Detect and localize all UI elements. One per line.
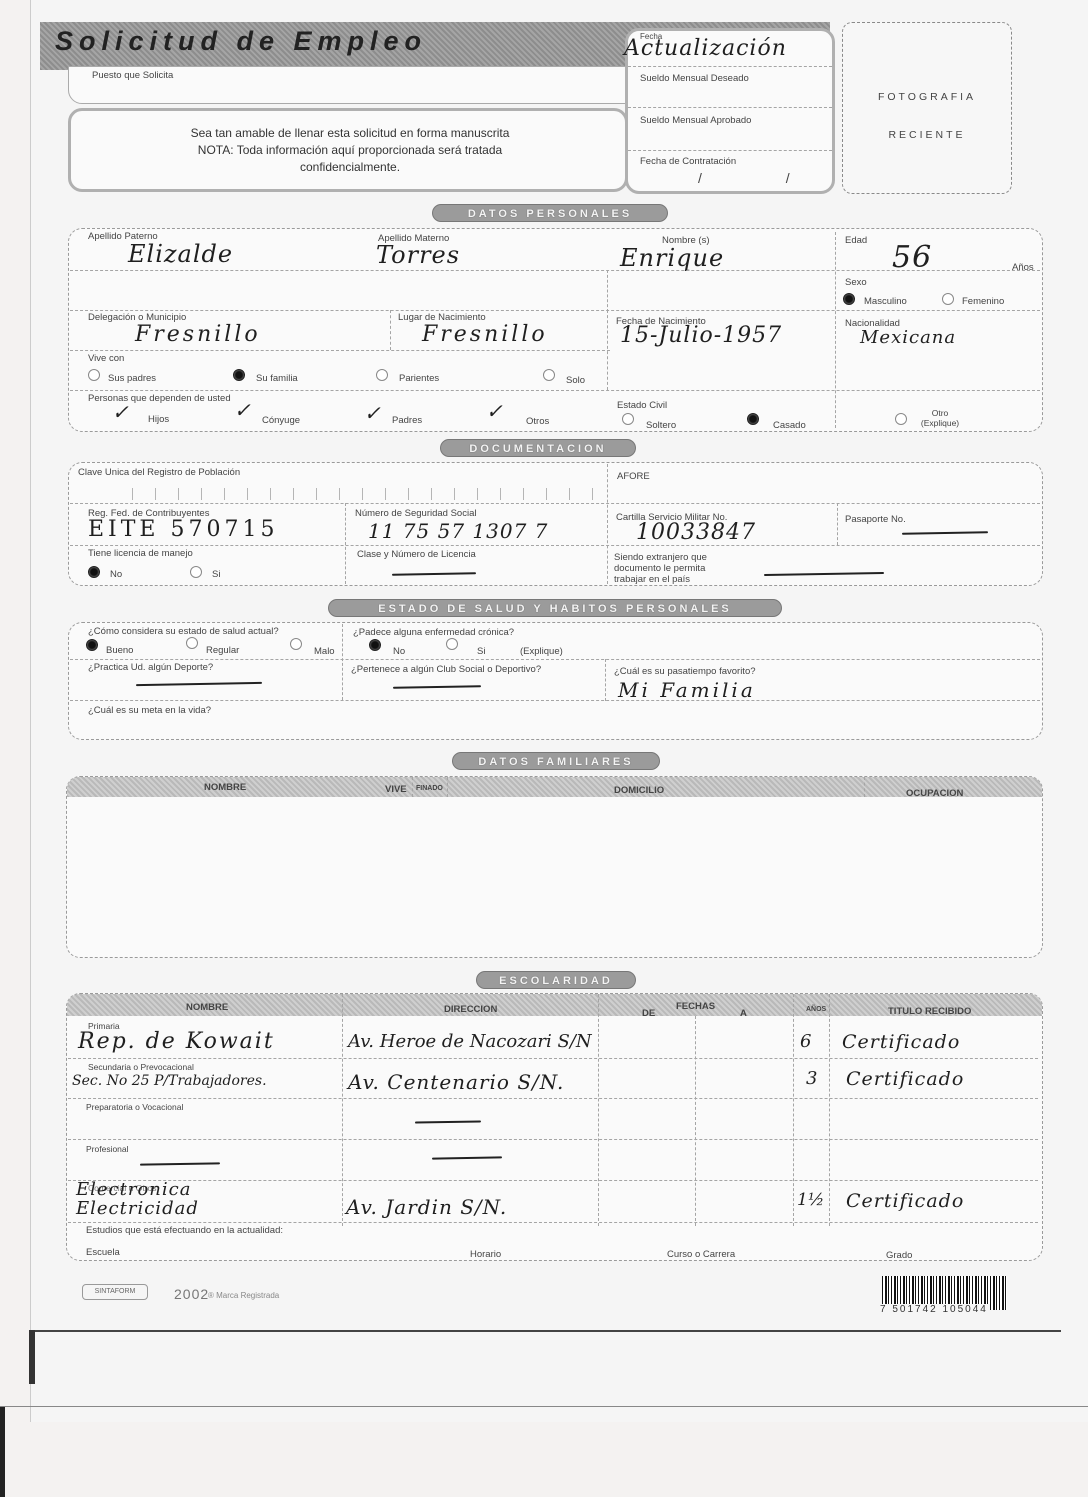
divider <box>628 107 832 108</box>
divider <box>70 390 1040 391</box>
dependientes-padres-label: Padres <box>392 415 422 426</box>
dependientes-conyuge-mark[interactable]: ✓ <box>234 398 252 422</box>
dependientes-hijos-mark[interactable]: ✓ <box>112 400 130 424</box>
salud-regular-radio[interactable] <box>186 637 198 649</box>
section-documentacion: DOCUMENTACION <box>440 439 636 457</box>
nacionalidad-value[interactable]: Mexicana <box>860 327 956 348</box>
clase-licencia-label: Clase y Número de Licencia <box>357 549 476 560</box>
divider <box>605 659 606 701</box>
divider <box>607 310 608 390</box>
nss-label: Número de Seguridad Social <box>355 508 476 519</box>
estado-civil-soltero-label: Soltero <box>646 420 676 431</box>
vive-con-parientes-radio[interactable] <box>376 369 388 381</box>
escuela-label: Escuela <box>86 1247 120 1258</box>
divider <box>70 310 1040 311</box>
licencia-no-label: No <box>110 569 122 580</box>
page-edge-line <box>31 1330 1061 1332</box>
club-label: ¿Pertenece a algún Club Social o Deporti… <box>351 664 541 675</box>
esc-primaria-nombre[interactable]: Rep. de Kowait <box>78 1029 275 1054</box>
nss-value[interactable]: 11 75 57 1307 7 <box>368 519 548 543</box>
divider <box>793 994 794 1226</box>
brand-logo: SINTAFORM <box>82 1284 148 1300</box>
esc-secundaria-titulo[interactable]: Certificado <box>846 1068 964 1090</box>
dependientes-padres-mark[interactable]: ✓ <box>364 401 382 425</box>
divider <box>68 1139 1038 1140</box>
estudios-actuales-label: Estudios que está efectuando en la actua… <box>86 1225 283 1236</box>
divider <box>412 777 413 797</box>
dependientes-otros-mark[interactable]: ✓ <box>486 399 504 423</box>
dependientes-conyuge-label: Cónyuge <box>262 415 300 426</box>
dependientes-label: Personas que dependen de usted <box>88 393 231 404</box>
deporte-label: ¿Practica Ud. algún Deporte? <box>88 662 213 673</box>
curp-boxes[interactable] <box>110 488 600 500</box>
cronica-si-label: Si <box>477 646 485 657</box>
vive-con-familia-radio[interactable] <box>233 369 245 381</box>
delegacion-value[interactable]: Fresnillo <box>135 322 261 347</box>
col-esc-direccion: DIRECCION <box>444 1004 497 1015</box>
divider <box>70 659 1040 660</box>
cronica-no-label: No <box>393 646 405 657</box>
afore-label: AFORE <box>617 471 650 482</box>
divider <box>835 232 836 428</box>
cartilla-value[interactable]: 10033847 <box>636 520 756 545</box>
salud-bueno-radio[interactable] <box>86 639 98 651</box>
extranjero-label-1: Siendo extranjero que <box>614 552 707 563</box>
curso-label: Curso o Carrera <box>667 1249 735 1260</box>
divider <box>70 350 610 351</box>
photo-label-2: RECIENTE <box>843 129 1011 141</box>
esc-profesional-label: Profesional <box>86 1144 129 1154</box>
cronica-explique-label: (Explique) <box>520 646 563 657</box>
horario-label: Horario <box>470 1249 501 1260</box>
pasatiempo-value[interactable]: Mi Familia <box>618 678 756 702</box>
cronica-label: ¿Padece alguna enfermedad crónica? <box>353 627 514 638</box>
cronica-si-radio[interactable] <box>446 638 458 650</box>
esc-secundaria-nombre[interactable]: Sec. No 25 P/Trabajadores. <box>72 1073 267 1089</box>
divider <box>68 1098 1038 1099</box>
divider <box>70 700 1040 701</box>
divider <box>390 310 391 350</box>
esc-primaria-direccion[interactable]: Av. Heroe de Nacozari S/N <box>348 1031 592 1052</box>
divider <box>628 66 832 67</box>
col-esc-de: DE <box>642 1008 655 1019</box>
divider <box>829 994 830 1226</box>
divider <box>68 1058 1038 1059</box>
vive-con-padres-label: Sus padres <box>108 373 156 384</box>
familiares-table <box>66 776 1043 958</box>
grado-label: Grado <box>886 1250 912 1261</box>
divider <box>864 777 865 797</box>
edad-label: Edad <box>845 235 867 246</box>
divider <box>447 777 448 797</box>
divider <box>837 503 838 545</box>
scan-left-edge <box>0 1407 5 1497</box>
estado-civil-casado-radio[interactable] <box>747 413 759 425</box>
footer-marca: ® Marca Registrada <box>208 1291 279 1300</box>
divider <box>598 994 599 1226</box>
col-domicilio: DOMICILIO <box>614 785 664 796</box>
vive-con-solo-label: Solo <box>566 375 585 386</box>
sexo-label: Sexo <box>845 277 867 288</box>
fecha-value[interactable]: Actualización <box>624 36 787 61</box>
salud-box <box>68 622 1043 740</box>
esc-secundaria-direccion[interactable]: Av. Centenario S/N. <box>348 1070 564 1094</box>
sexo-masculino-label: Masculino <box>864 296 907 307</box>
vive-con-solo-radio[interactable] <box>543 369 555 381</box>
col-nombre: NOMBRE <box>204 782 246 793</box>
estado-civil-label: Estado Civil <box>617 400 667 411</box>
note-line-1: Sea tan amable de llenar esta solicitud … <box>120 125 580 142</box>
page-edge-mark <box>29 1330 35 1384</box>
esc-comercial-titulo[interactable]: Certificado <box>846 1190 964 1212</box>
salud-bueno-label: Bueno <box>106 645 133 656</box>
footer-year: 2002 <box>174 1286 209 1302</box>
edad-unit: Años <box>1012 262 1034 273</box>
esc-comercial-direccion[interactable]: Av. Jardin S/N. <box>346 1195 507 1219</box>
divider <box>607 464 608 584</box>
col-vive: VIVE <box>385 784 407 795</box>
pasatiempo-label: ¿Cuál es su pasatiempo favorito? <box>614 666 756 677</box>
estado-civil-soltero-radio[interactable] <box>622 413 634 425</box>
licencia-si-radio[interactable] <box>190 566 202 578</box>
esc-comercial-nombre[interactable]: Electronica Electricidad <box>76 1180 246 1218</box>
divider <box>70 270 1040 271</box>
col-ocupacion: OCUPACION <box>906 788 963 799</box>
cronica-no-radio[interactable] <box>369 639 381 651</box>
salud-malo-label: Malo <box>314 646 335 657</box>
divider <box>70 545 1040 546</box>
note-line-2: NOTA: Toda información aquí proporcionad… <box>120 142 580 159</box>
section-familiares: DATOS FAMILIARES <box>452 752 660 770</box>
sexo-femenino-radio[interactable] <box>942 293 954 305</box>
estado-civil-otro-radio[interactable] <box>895 413 907 425</box>
licencia-no-radio[interactable] <box>88 566 100 578</box>
apellido-materno-value[interactable]: Torres <box>376 241 460 269</box>
rfc-value[interactable]: EITE 570715 <box>88 517 278 542</box>
divider <box>342 624 343 700</box>
col-esc-titulo: TITULO RECIBIDO <box>888 1006 971 1017</box>
vive-con-label: Vive con <box>88 353 124 364</box>
extranjero-label-2: documento le permita <box>614 563 707 574</box>
form-title: Solicitud de Empleo <box>55 26 427 57</box>
col-finado: FINADO <box>416 785 443 792</box>
esc-comercial-anos[interactable]: 1½ <box>797 1190 824 1210</box>
vive-con-parientes-label: Parientes <box>399 373 439 384</box>
col-esc-a: A <box>740 1008 747 1019</box>
col-esc-nombre: NOMBRE <box>186 1002 228 1013</box>
barcode-number: 7 501742 105044 <box>878 1304 990 1315</box>
estado-salud-label: ¿Cómo considera su estado de salud actua… <box>88 626 279 637</box>
salud-regular-label: Regular <box>206 645 239 656</box>
nombre-value[interactable]: Enrique <box>620 244 724 272</box>
esc-preparatoria-label: Preparatoria o Vocacional <box>86 1102 183 1112</box>
scan-edge-line <box>0 1406 1088 1407</box>
licencia-label: Tiene licencia de manejo <box>88 548 193 559</box>
photo-label-1: FOTOGRAFIA <box>843 91 1011 103</box>
col-esc-fechas: FECHAS <box>676 1001 715 1012</box>
section-escolaridad: ESCOLARIDAD <box>476 971 636 989</box>
sexo-femenino-label: Femenino <box>962 296 1004 307</box>
note-line-3: confidencialmente. <box>120 159 580 176</box>
dependientes-hijos-label: Hijos <box>148 414 169 425</box>
section-datos-personales: DATOS PERSONALES <box>432 204 668 222</box>
note-text: Sea tan amable de llenar esta solicitud … <box>120 125 580 176</box>
fecha-nacimiento-value[interactable]: 15-Julio-1957 <box>620 323 782 348</box>
esc-primaria-titulo[interactable]: Certificado <box>842 1031 960 1053</box>
apellido-paterno-value[interactable]: Elizalde <box>128 240 233 268</box>
fecha-contratacion-label: Fecha de Contratación <box>640 156 736 167</box>
esc-secundaria-label: Secundaria o Prevocacional <box>88 1062 194 1072</box>
section-salud: ESTADO DE SALUD Y HABITOS PERSONALES <box>328 599 782 617</box>
divider <box>695 1016 696 1226</box>
divider <box>345 503 346 584</box>
meta-label: ¿Cuál es su meta en la vida? <box>88 705 211 716</box>
dependientes-otros-label: Otros <box>526 416 549 427</box>
divider <box>607 270 608 312</box>
estado-civil-casado-label: Casado <box>773 420 806 431</box>
col-esc-anos: AÑOS <box>806 1006 826 1013</box>
pasaporte-label: Pasaporte No. <box>845 514 906 525</box>
curp-label: Clave Unica del Registro de Población <box>78 467 240 478</box>
vive-con-padres-radio[interactable] <box>88 369 100 381</box>
lugar-nacimiento-value[interactable]: Fresnillo <box>422 322 548 347</box>
estado-civil-otro-label: Otro (Explique) <box>915 408 965 428</box>
extranjero-label: Siendo extranjero que documento le permi… <box>614 552 707 585</box>
salud-malo-radio[interactable] <box>290 638 302 650</box>
divider <box>342 994 343 1226</box>
sueldo-aprobado-label: Sueldo Mensual Aprobado <box>640 115 751 126</box>
photo-box: FOTOGRAFIA RECIENTE <box>842 22 1012 194</box>
divider <box>68 1222 1038 1223</box>
fecha-contratacion-value[interactable]: / / <box>698 170 830 186</box>
esc-primaria-anos[interactable]: 6 <box>800 1031 812 1052</box>
vive-con-familia-label: Su familia <box>256 373 298 384</box>
sexo-masculino-radio[interactable] <box>843 293 855 305</box>
esc-secundaria-anos[interactable]: 3 <box>806 1068 818 1089</box>
divider <box>70 503 1040 504</box>
sueldo-deseado-label: Sueldo Mensual Deseado <box>640 73 749 84</box>
puesto-label: Puesto que Solicita <box>92 70 173 81</box>
extranjero-label-3: trabajar en el país <box>614 574 707 585</box>
divider <box>628 150 832 151</box>
licencia-si-label: Si <box>212 569 220 580</box>
